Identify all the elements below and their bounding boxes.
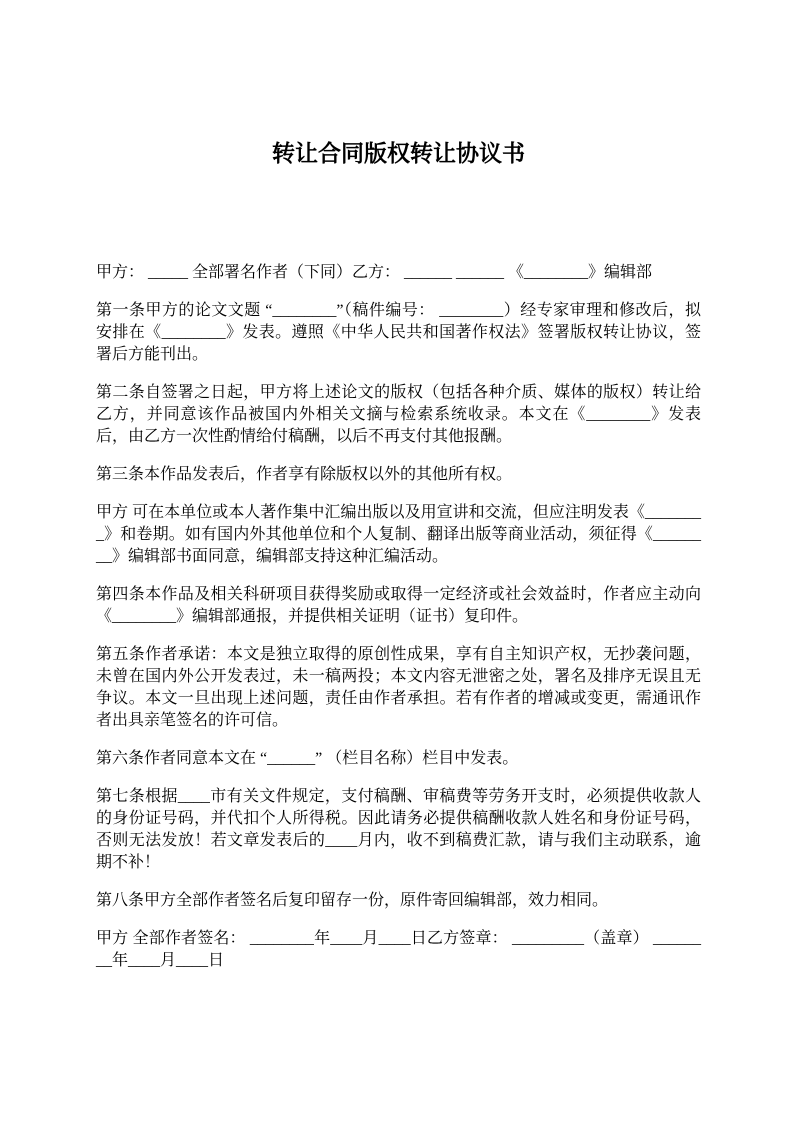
- clause-7: 第七条根据____市有关文件规定，支付稿酬、审稿费等劳务开支时，必须提供收款人的…: [96, 786, 701, 874]
- signature-line: 甲方 全部作者签名： ________年____月____日乙方签章： ____…: [96, 928, 701, 972]
- clause-4: 第四条本作品及相关科研项目获得奖励或取得一定经济或社会效益时，作者应主动向《__…: [96, 584, 701, 628]
- clause-2: 第二条自签署之日起，甲方将上述论文的版权（包括各种介质、媒体的版权）转让给乙方，…: [96, 382, 701, 448]
- clause-8: 第八条甲方全部作者签名后复印留存一份，原件寄回编辑部，效力相同。: [96, 890, 701, 912]
- document-page: 转让合同版权转让协议书 甲方： _____ 全部署名作者（下同）乙方： ____…: [0, 0, 793, 1122]
- clause-3-supplement: 甲方 可在本单位或本人著作集中汇编出版以及用宣讲和交流，但应注明发表《_____…: [96, 502, 701, 568]
- clause-5: 第五条作者承诺：本文是独立取得的原创性成果，享有自主知识产权，无抄袭问题，未曾在…: [96, 644, 701, 732]
- parties-line: 甲方： _____ 全部署名作者（下同）乙方： ______ ______ 《_…: [96, 262, 701, 284]
- clause-6: 第六条作者同意本文在 “______” （栏目名称）栏目中发表。: [96, 748, 701, 770]
- document-title: 转让合同版权转让协议书: [96, 136, 701, 170]
- clause-1: 第一条甲方的论文文题 “________”（稿件编号： ________）经专家…: [96, 300, 701, 366]
- clause-3: 第三条本作品发表后，作者享有除版权以外的其他所有权。: [96, 464, 701, 486]
- document-content: 转让合同版权转让协议书 甲方： _____ 全部署名作者（下同）乙方： ____…: [0, 136, 793, 972]
